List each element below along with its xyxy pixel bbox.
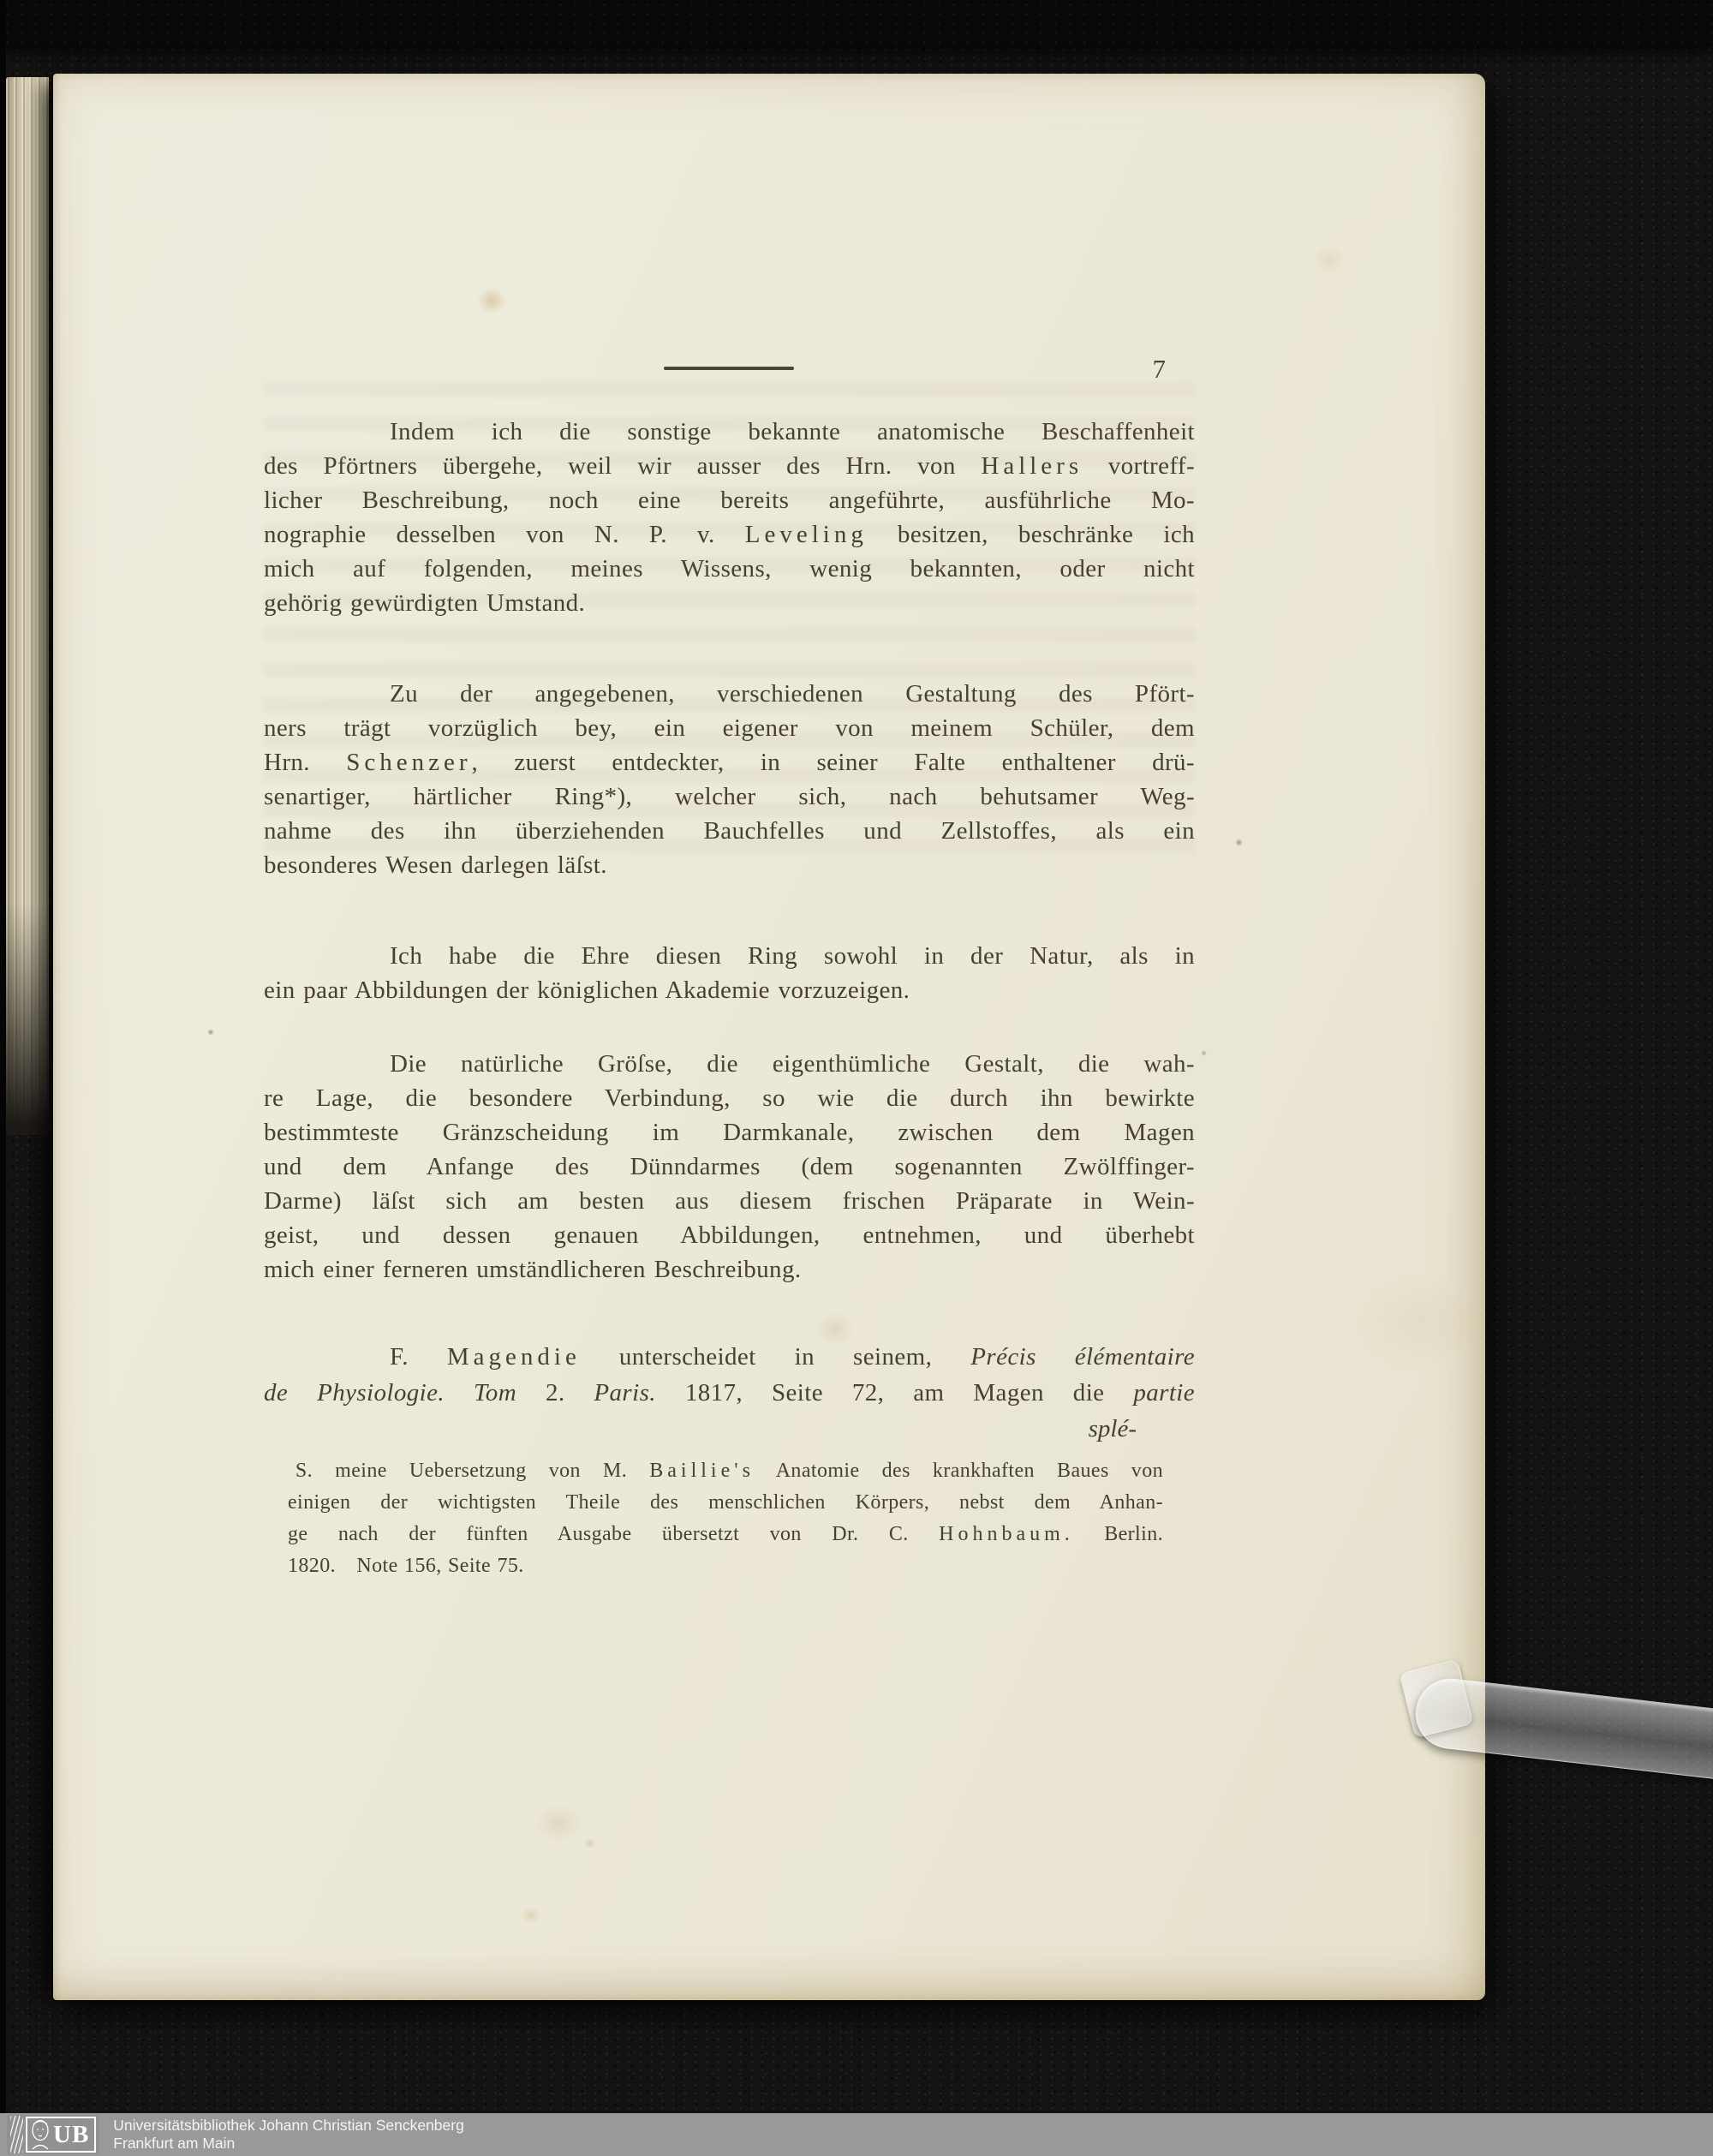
- library-name-block: Universitätsbibliothek Johann Christian …: [113, 2117, 464, 2153]
- text-segment: 1817, Seite 72, am Magen die: [656, 1379, 1133, 1406]
- text-line: bestimmteste Gränzscheidung im Darmkanal…: [264, 1115, 1195, 1150]
- text-line: licher Beschreibung, noch eine bereits a…: [264, 483, 1195, 517]
- book-scan-view: 7 Indem ich die sonstige bekannte anatom…: [0, 0, 1713, 2156]
- text-segment: ners trägt vorzüglich bey, ein eigener v…: [264, 714, 1195, 742]
- library-name: Universitätsbibliothek Johann Christian …: [113, 2117, 464, 2135]
- text-segment: mich einer ferneren umständlicheren Besc…: [264, 1256, 802, 1283]
- text-line: gehörig gewürdigten Umstand.: [264, 586, 1195, 620]
- italic-text: Paris.: [594, 1379, 656, 1406]
- paragraph-5: F. Magendie unterscheidet in seinem, Pré…: [264, 1339, 1195, 1411]
- italic-text: partie: [1133, 1379, 1195, 1406]
- ub-monogram: UB: [53, 2121, 89, 2149]
- text-segment: *) S. meine Uebersetzung von M.: [288, 1460, 649, 1482]
- text-line: nahme des ihn überziehenden Bauchfelles …: [264, 814, 1195, 848]
- paragraph-3: Ich habe die Ehre diesen Ring sowohl in …: [264, 939, 1195, 1007]
- text-segment: besitzen, beschränke ich: [868, 521, 1195, 548]
- library-city: Frankfurt am Main: [113, 2135, 464, 2153]
- text-segment: , zuerst entdeckter, in seiner Falte ent…: [472, 749, 1195, 776]
- stacked-page-edges: [6, 77, 49, 1135]
- ub-logo: UB: [7, 2115, 99, 2154]
- letterspaced-name: Magendie: [447, 1343, 581, 1371]
- paragraph-1: Indem ich die sonstige bekannte anatomis…: [264, 415, 1195, 620]
- text-segment: Darme) läſst sich am besten aus diesem f…: [264, 1187, 1195, 1215]
- letterspaced-name: Baillie's: [649, 1460, 755, 1482]
- footnote: *) S. meine Uebersetzung von M. Baillie'…: [255, 1455, 1163, 1582]
- text-line: Die natürliche Gröſse, die eigenthümlich…: [264, 1047, 1195, 1081]
- text-line: mich einer ferneren umständlicheren Besc…: [264, 1252, 1195, 1287]
- text-segment: 2.: [516, 1379, 594, 1406]
- text-segment: Ich habe die Ehre diesen Ring sowohl in …: [390, 942, 1195, 970]
- ub-logo-frame: UB: [26, 2117, 96, 2153]
- text-line: *) S. meine Uebersetzung von M. Baillie'…: [288, 1455, 1163, 1487]
- text-line: ein paar Abbildungen der königlichen Aka…: [264, 973, 1195, 1007]
- text-segment: bestimmteste Gränzscheidung im Darmkanal…: [264, 1119, 1195, 1146]
- text-segment: Berlin.: [1074, 1523, 1163, 1545]
- text-line: Zu der angegebenen, verschiedenen Gestal…: [264, 677, 1195, 711]
- text-segment: geist, und dessen genauen Abbildungen, e…: [264, 1221, 1195, 1249]
- text-line: senartiger, härtlicher Ring*), welcher s…: [264, 779, 1195, 814]
- text-segment: ge nach der fünften Ausgabe übersetzt vo…: [288, 1523, 939, 1545]
- text-line: einigen der wichtigsten Theile des mensc…: [288, 1487, 1163, 1519]
- text-segment: gehörig gewürdigten Umstand.: [264, 589, 585, 617]
- letterspaced-name: Hohnbaum.: [939, 1523, 1074, 1545]
- text-line: Hrn. Schenzer, zuerst entdeckter, in sei…: [264, 745, 1195, 779]
- book-pages-icon: [10, 2115, 23, 2153]
- catchword: splé-: [264, 1411, 1195, 1447]
- text-line: ge nach der fünften Ausgabe übersetzt vo…: [288, 1519, 1163, 1550]
- text-segment: 1820. Note 156, Seite 75.: [288, 1555, 524, 1577]
- library-watermark-bar: UB Universitätsbibliothek Johann Christi…: [0, 2113, 1713, 2156]
- italic-text: de Physiologie. Tom: [264, 1379, 516, 1406]
- text-line: F. Magendie unterscheidet in seinem, Pré…: [264, 1339, 1195, 1375]
- paragraph-4: Die natürliche Gröſse, die eigenthümlich…: [264, 1047, 1195, 1287]
- page-number: 7: [1153, 354, 1167, 385]
- text-line: 1820. Note 156, Seite 75.: [288, 1550, 1163, 1582]
- text-segment: licher Beschreibung, noch eine bereits a…: [264, 487, 1195, 514]
- italic-text: Précis élémentaire: [970, 1343, 1195, 1371]
- text-line: und dem Anfange des Dünndarmes (dem soge…: [264, 1150, 1195, 1184]
- text-segment: nahme des ihn überziehenden Bauchfelles …: [264, 817, 1195, 845]
- text-segment: Indem ich die sonstige bekannte anatomis…: [390, 418, 1195, 445]
- text-segment: und dem Anfange des Dünndarmes (dem soge…: [264, 1153, 1195, 1180]
- header-rule: [664, 367, 794, 370]
- text-line: Indem ich die sonstige bekannte anatomis…: [264, 415, 1195, 449]
- page-text-column: 7 Indem ich die sonstige bekannte anatom…: [264, 74, 1195, 2000]
- text-line: nographie desselben von N. P. v. Levelin…: [264, 517, 1195, 552]
- text-line: ners trägt vorzüglich bey, ein eigener v…: [264, 711, 1195, 745]
- letterspaced-name: Schenzer: [346, 749, 471, 776]
- portrait-icon: [29, 2119, 51, 2150]
- text-line: mich auf folgenden, meines Wissens, weni…: [264, 552, 1195, 586]
- text-segment: Anatomie des krankhaften Baues von: [755, 1460, 1163, 1482]
- text-segment: unterscheidet in seinem,: [581, 1343, 970, 1371]
- text-segment: des Pförtners übergehe, weil wir ausser …: [264, 452, 981, 480]
- text-segment: nographie desselben von N. P. v.: [264, 521, 745, 548]
- text-segment: vortreff-: [1083, 452, 1195, 480]
- text-line: Darme) läſst sich am besten aus diesem f…: [264, 1184, 1195, 1218]
- letterspaced-name: Leveling: [745, 521, 868, 548]
- letterspaced-name: Hallers: [981, 452, 1083, 480]
- book-page: 7 Indem ich die sonstige bekannte anatom…: [53, 74, 1485, 2000]
- text-segment: einigen der wichtigsten Theile des mensc…: [288, 1491, 1163, 1514]
- text-line: des Pförtners übergehe, weil wir ausser …: [264, 449, 1195, 483]
- text-segment: Die natürliche Gröſse, die eigenthümlich…: [390, 1050, 1195, 1078]
- text-segment: ein paar Abbildungen der königlichen Aka…: [264, 976, 910, 1004]
- paragraph-2: Zu der angegebenen, verschiedenen Gestal…: [264, 677, 1195, 882]
- text-segment: mich auf folgenden, meines Wissens, weni…: [264, 555, 1195, 582]
- text-segment: Hrn.: [264, 749, 346, 776]
- text-line: re Lage, die besondere Verbindung, so wi…: [264, 1081, 1195, 1115]
- text-line: de Physiologie. Tom 2. Paris. 1817, Seit…: [264, 1375, 1195, 1411]
- text-segment: besonderes Wesen darlegen läſst.: [264, 851, 607, 879]
- text-segment: senartiger, härtlicher Ring*), welcher s…: [264, 783, 1195, 810]
- text-segment: F.: [390, 1343, 447, 1371]
- text-line: besonderes Wesen darlegen läſst.: [264, 848, 1195, 882]
- text-line: Ich habe die Ehre diesen Ring sowohl in …: [264, 939, 1195, 973]
- book-cover-top-edge: [0, 0, 1713, 46]
- text-line: geist, und dessen genauen Abbildungen, e…: [264, 1218, 1195, 1252]
- binding-edge: [0, 0, 6, 2156]
- text-segment: Zu der angegebenen, verschiedenen Gestal…: [390, 680, 1195, 708]
- text-segment: re Lage, die besondere Verbindung, so wi…: [264, 1084, 1195, 1112]
